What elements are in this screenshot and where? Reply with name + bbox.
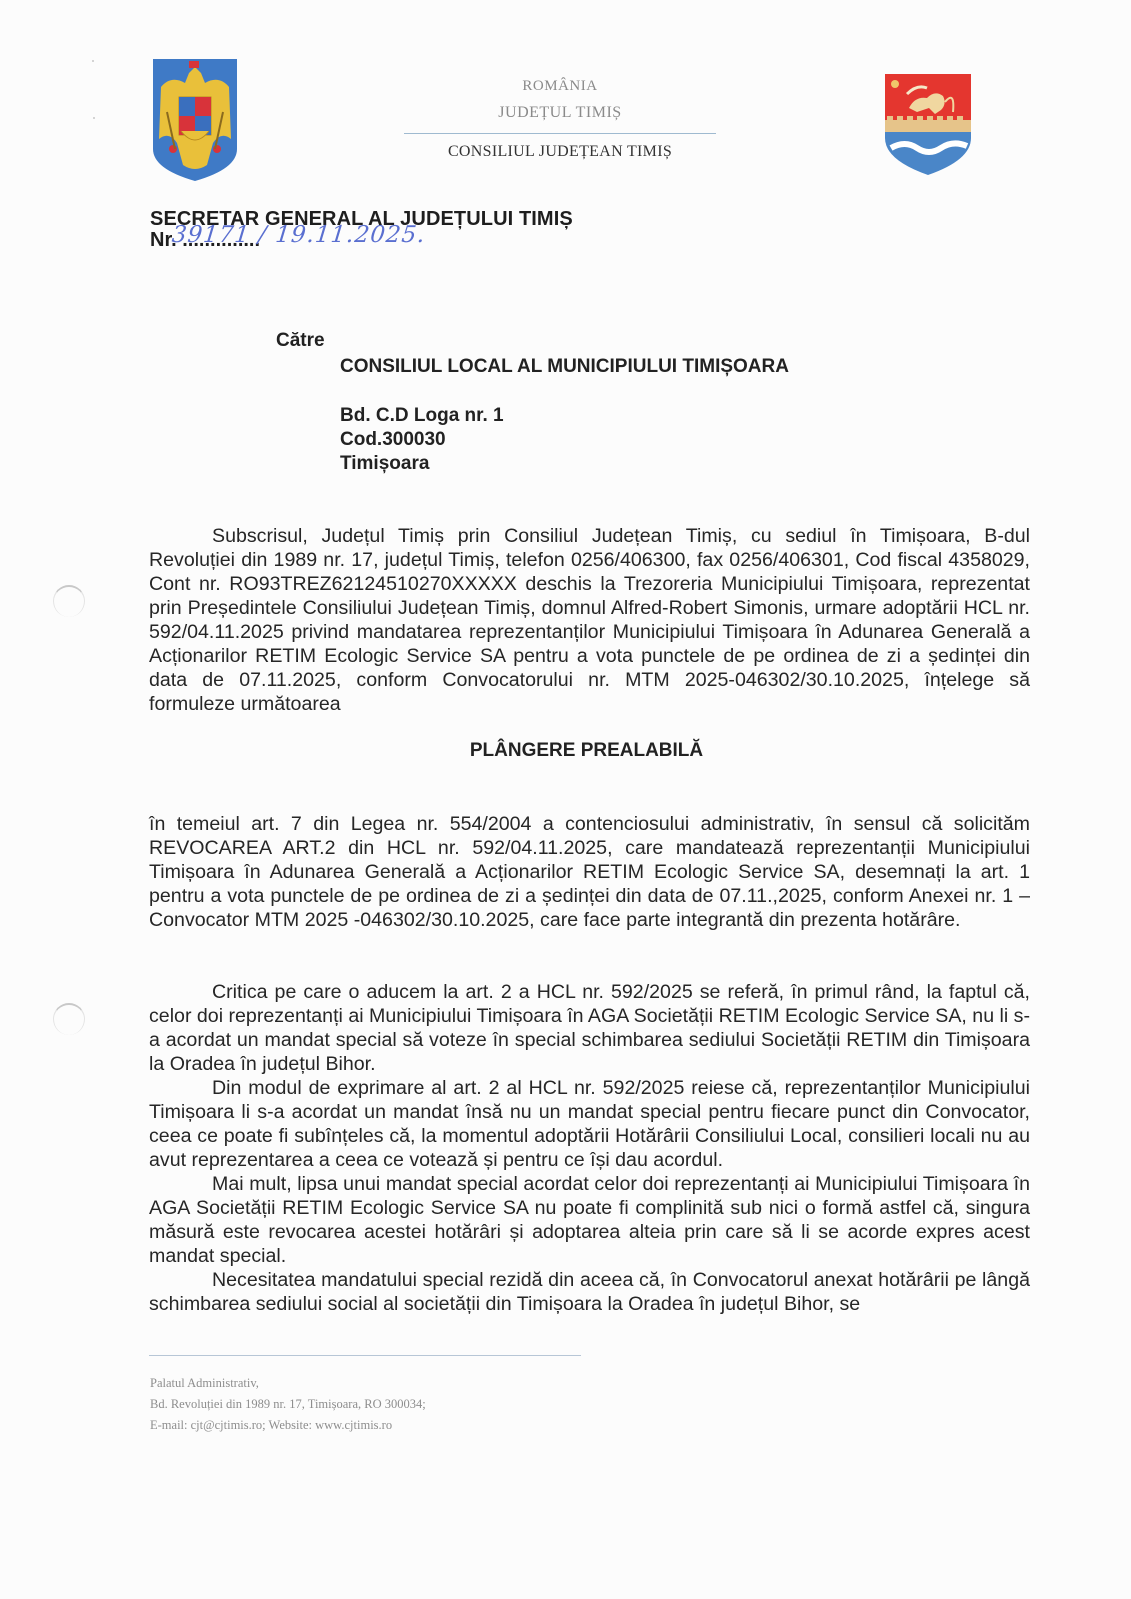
argument-paragraphs: Critica pe care o aducem la art. 2 a HCL…: [149, 980, 1030, 1316]
document-title: PLÂNGERE PREALABILĂ: [0, 740, 1131, 762]
scan-speck: [92, 60, 94, 62]
argument-paragraph: Necesitatea mandatului special rezidă di…: [149, 1268, 1030, 1316]
to-label: Către: [276, 330, 325, 352]
letterhead: ROMÂNIA JUDEȚUL TIMIȘ CONSILIUL JUDEȚEAN…: [400, 78, 720, 161]
footer-address: Bd. Revoluției din 1989 nr. 17, Timișoar…: [150, 1394, 426, 1415]
footer-building: Palatul Administrativ,: [150, 1373, 426, 1394]
punch-hole-mark: [53, 585, 85, 617]
recipient-address: Bd. C.D Loga nr. 1 Cod.300030 Timișoara: [340, 404, 504, 476]
argument-paragraph: Mai mult, lipsa unui mandat special acor…: [149, 1172, 1030, 1268]
request-paragraph: în temeiul art. 7 din Legea nr. 554/2004…: [149, 812, 1030, 932]
address-street: Bd. C.D Loga nr. 1: [340, 404, 504, 428]
address-city: Timișoara: [340, 452, 504, 476]
argument-paragraph: Din modul de exprimare al art. 2 al HCL …: [149, 1076, 1030, 1172]
header-divider: [404, 133, 716, 134]
country-name: ROMÂNIA: [400, 78, 720, 100]
romania-coat-of-arms-icon: [151, 57, 239, 182]
footer-divider: [149, 1355, 581, 1356]
footer-contact: Palatul Administrativ, Bd. Revoluției di…: [150, 1373, 426, 1436]
footer-email-website: E-mail: cjt@cjtimis.ro; Website: www.cjt…: [150, 1415, 426, 1436]
scan-speck: [93, 117, 95, 119]
punch-hole-mark: [53, 1003, 85, 1035]
handwritten-registration-number: 39171 / 19.11.2025.: [171, 222, 427, 248]
recipient-name: CONSILIUL LOCAL AL MUNICIPIULUI TIMIȘOAR…: [340, 356, 789, 378]
complaint-title: PLÂNGERE PREALABILĂ: [470, 740, 703, 761]
intro-paragraph: Subscrisul, Județul Timiș prin Consiliul…: [149, 524, 1030, 716]
document-page: ROMÂNIA JUDEȚUL TIMIȘ CONSILIUL JUDEȚEAN…: [0, 0, 1131, 1599]
county-name: JUDEȚUL TIMIȘ: [400, 104, 720, 128]
argument-paragraph: Critica pe care o aducem la art. 2 a HCL…: [149, 980, 1030, 1076]
institution-name: CONSILIUL JUDEȚEAN TIMIȘ: [400, 143, 720, 161]
address-postal-code: Cod.300030: [340, 428, 504, 452]
timis-county-coat-of-arms-icon: [883, 72, 973, 176]
